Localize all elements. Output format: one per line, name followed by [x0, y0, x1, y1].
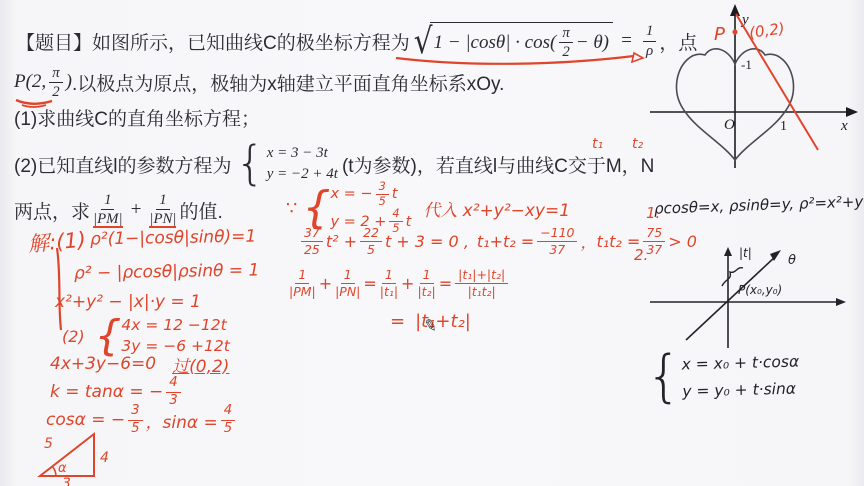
x-axis-arrow-icon — [846, 107, 858, 117]
fraction-4-3: 4 3 — [166, 376, 180, 408]
fraction-numerator: 3 — [376, 181, 389, 195]
item-2-marker: (2) — [62, 327, 85, 346]
system-brace: { — [95, 316, 122, 356]
plus-sign: + — [319, 274, 332, 293]
comma: ， — [580, 230, 596, 253]
fraction-denominator: |PM| — [289, 284, 316, 298]
fraction-pi-2: π 2 — [49, 65, 62, 100]
parametric-eq-x: x = 3 − 3t — [267, 143, 338, 164]
jie-flourish-stroke — [57, 248, 61, 330]
p-label-handwritten: P — [714, 24, 725, 45]
problem-line-4-post: (t为参数)，若直线l与曲线C交于M，N — [342, 151, 654, 178]
fraction-pi-2: π 2 — [559, 25, 572, 60]
fraction-numerator: 75 — [643, 226, 665, 241]
solution-line-5: 4x+3y−6=0 过(0,2) — [50, 352, 229, 376]
fraction-numerator: 1 — [295, 268, 309, 283]
fraction-numerator: 3 — [128, 404, 142, 420]
fraction-numerator: 1 — [101, 192, 114, 210]
system-eq-1: 4x = 12 −12t — [121, 315, 229, 336]
fraction-numerator: 37 — [301, 226, 323, 241]
x-axis-label: x — [840, 118, 848, 134]
fraction-1-PM: 1 |PM| — [289, 268, 316, 298]
fraction-denominator: |t₂| — [417, 284, 435, 298]
side-label: 4 — [100, 450, 109, 466]
fraction-abs-sum-over-product: |t₁|+|t₂| |t₁t₂| — [455, 268, 508, 298]
fraction-numerator: 1 — [382, 268, 396, 283]
fraction-1-PN: 1 |PN| — [335, 268, 360, 298]
base-label: 3 — [62, 476, 71, 486]
fraction-numerator: 22 — [360, 226, 382, 241]
fraction-1-PM: 1 |PM| — [93, 192, 123, 229]
parametric-form-note: { x = x₀ + t·cosα y = y₀ + t·sinα — [646, 346, 799, 408]
equals-sign: = — [390, 311, 405, 332]
sqrt-expression: √ 1 − |cosθ| ∙ cos( π 2 − θ) — [414, 22, 613, 60]
fraction-1-t2: 1 |t₂| — [417, 268, 435, 298]
hypotenuse-label: 5 — [44, 436, 53, 452]
fraction-22-5: 22 5 — [360, 226, 382, 256]
problem-line-2: P(2, π 2 ) .以极点为原点，极轴为x轴建立平面直角坐标系xOy. — [14, 60, 504, 104]
system-brace: { — [302, 187, 330, 229]
t-squared-term: t² + — [326, 232, 357, 251]
quadratic-tail: t + 3 = 0 , — [385, 232, 469, 251]
fraction-denominator: 37 — [549, 242, 565, 256]
annotation-t1: t₁ — [592, 136, 603, 152]
sin-alpha: ，sinα = — [146, 408, 218, 433]
equals-sign: = — [439, 274, 452, 293]
origin-label: O — [724, 117, 735, 133]
problem-line-3: (1)求曲线C的直角坐标方程； — [14, 104, 260, 131]
fraction-denominator: 5 — [379, 195, 386, 208]
equals-sign: = — [363, 274, 376, 293]
alpha-label: α — [58, 461, 67, 476]
plus-sign: + — [401, 274, 414, 293]
problem-line-2-rest: .以极点为原点，极轴为x轴建立平面直角坐标系xOy. — [72, 69, 504, 96]
param-x-eq: x = x₀ + t·cosα — [681, 348, 799, 378]
solution-line-1: ρ²(1−|cosθ|sinθ)=1 — [90, 227, 257, 250]
equals-sign: = — [620, 30, 633, 52]
point-p-dot — [732, 29, 737, 34]
fraction-denominator: |PM| — [93, 210, 123, 229]
fraction-denominator: 2 — [52, 83, 59, 100]
fraction-1-PN: 1 |PN| — [149, 192, 176, 229]
problem-line-5-post: 的值. — [179, 197, 222, 224]
sqrt-inner-pre: 1 − |cosθ| ∙ cos( — [434, 32, 557, 54]
fraction-neg110-37: −110 37 — [537, 226, 577, 256]
fraction-numerator: π — [559, 25, 572, 43]
fraction-denominator: 2 — [562, 43, 569, 60]
fraction-numerator: 1 — [341, 268, 355, 283]
fraction-denominator: 5 — [131, 421, 139, 436]
angle-arc — [52, 466, 56, 476]
substitute-into-note: 代入 x²+y²−xy=1 — [423, 196, 570, 221]
plus-sign: + — [130, 199, 143, 221]
param-y-eq: y = y₀ + t·sinα — [682, 375, 800, 405]
fraction-denominator: 5 — [367, 242, 375, 256]
because-symbol: ∵ — [286, 198, 297, 219]
problem-line-1: 【题目】如图所示，已知曲线C的极坐标方程为 √ 1 − |cosθ| ∙ cos… — [16, 16, 697, 66]
passes-through-note: 过(0,2) — [172, 352, 229, 377]
fraction-numerator: 4 — [221, 404, 235, 420]
t-abs-label: |t| — [739, 246, 752, 260]
parametric-system: x = 3 − 3t y = −2 + 4t — [267, 143, 338, 185]
fraction-denominator: |PN| — [335, 284, 360, 298]
system-brace: { — [235, 142, 264, 186]
point-p: P(2, — [14, 71, 46, 93]
fraction-numerator: 1 — [156, 192, 169, 210]
sqrt-inner-post: − θ) — [576, 32, 609, 54]
polar-identities-note: ρcosθ=x, ρsinθ=y, ρ²=x²+y² — [654, 192, 864, 218]
system-eq-1: x = − 3 5 t — [330, 181, 411, 208]
theta-label: θ — [788, 253, 796, 268]
y-axis-arrow-icon — [730, 4, 740, 16]
eq-1-post: t — [392, 184, 398, 204]
reference-triangle: 5 4 3 α — [34, 432, 114, 486]
fraction-numerator: |t₁|+|t₂| — [455, 268, 508, 283]
system-rows: x = x₀ + t·cosα y = y₀ + t·sinα — [681, 348, 800, 405]
problem-line-5-pre: 两点，求 — [14, 197, 90, 224]
fraction-denominator: 25 — [304, 242, 320, 256]
sqrt-sign: √ — [414, 25, 433, 57]
sketch-line — [686, 256, 776, 340]
sketch-y-arrow-icon — [724, 247, 732, 256]
fraction-numerator: π — [49, 65, 62, 83]
reciprocal-sum-step: 1 |PM| + 1 |PN| = 1 |t₁| + 1 |t₂| = |t₁|… — [286, 264, 511, 302]
fraction-37-25: 37 25 — [301, 226, 323, 256]
fraction-3-5: 3 5 — [376, 181, 389, 208]
fraction-denominator: |t₁| — [380, 284, 398, 298]
problem-line-1-pre: 【题目】如图所示，已知曲线C的极坐标方程为 — [16, 28, 410, 55]
fraction-denominator: 5 — [224, 421, 232, 436]
heart-curve-figure: O 1 x y -1 P (0,2) — [646, 2, 860, 172]
fraction-numerator: 4 — [389, 208, 402, 222]
x-tick-1: 1 — [780, 119, 787, 134]
slope-expression: k = tanα = − — [50, 382, 163, 402]
fraction-denominator: |t₁t₂| — [468, 284, 496, 298]
fraction-3-5: 3 5 — [128, 404, 142, 436]
fraction-numerator: 4 — [166, 376, 180, 392]
fraction-denominator: |PN| — [149, 210, 176, 229]
annotation-t2: t₂ — [632, 136, 643, 152]
line-equation: 4x+3y−6=0 — [50, 354, 156, 374]
p0-label: P(x₀,y₀) — [738, 283, 782, 297]
parameter-t-sketch: |t| θ P(x₀,y₀) — [642, 246, 860, 350]
p-coordinates-handwritten: (0,2) — [748, 19, 786, 42]
dip-tick-label: -1 — [741, 57, 752, 72]
problem-line-4-pre: (2)已知直线l的参数方程为 — [14, 151, 231, 178]
fraction-numerator: 1 — [420, 268, 434, 283]
solution-line-3: x²+y² − |x|·y = 1 — [55, 292, 201, 312]
fraction-4-5: 4 5 — [221, 404, 235, 436]
fraction-1-t1: 1 |t₁| — [380, 268, 398, 298]
solution-line-6: k = tanα = − 4 3 — [50, 378, 184, 406]
fraction-numerator: −110 — [537, 226, 577, 241]
solution-line-7: cosα = − 3 5 ，sinα = 4 5 — [46, 406, 238, 434]
sketch-x-arrow-icon — [836, 298, 846, 306]
solution-line-2: ρ² − |ρcosθ|ρsinθ = 1 — [74, 260, 260, 283]
solution-heading: 解:(1) — [27, 224, 87, 259]
lecture-page: 【题目】如图所示，已知曲线C的极坐标方程为 √ 1 − |cosθ| ∙ cos… — [0, 0, 864, 486]
system-brace: { — [646, 350, 682, 403]
eq-1-pre: x = − — [330, 184, 372, 204]
cos-alpha: cosα = − — [46, 410, 125, 430]
sum-of-roots: t₁+t₂ = — [477, 232, 534, 251]
